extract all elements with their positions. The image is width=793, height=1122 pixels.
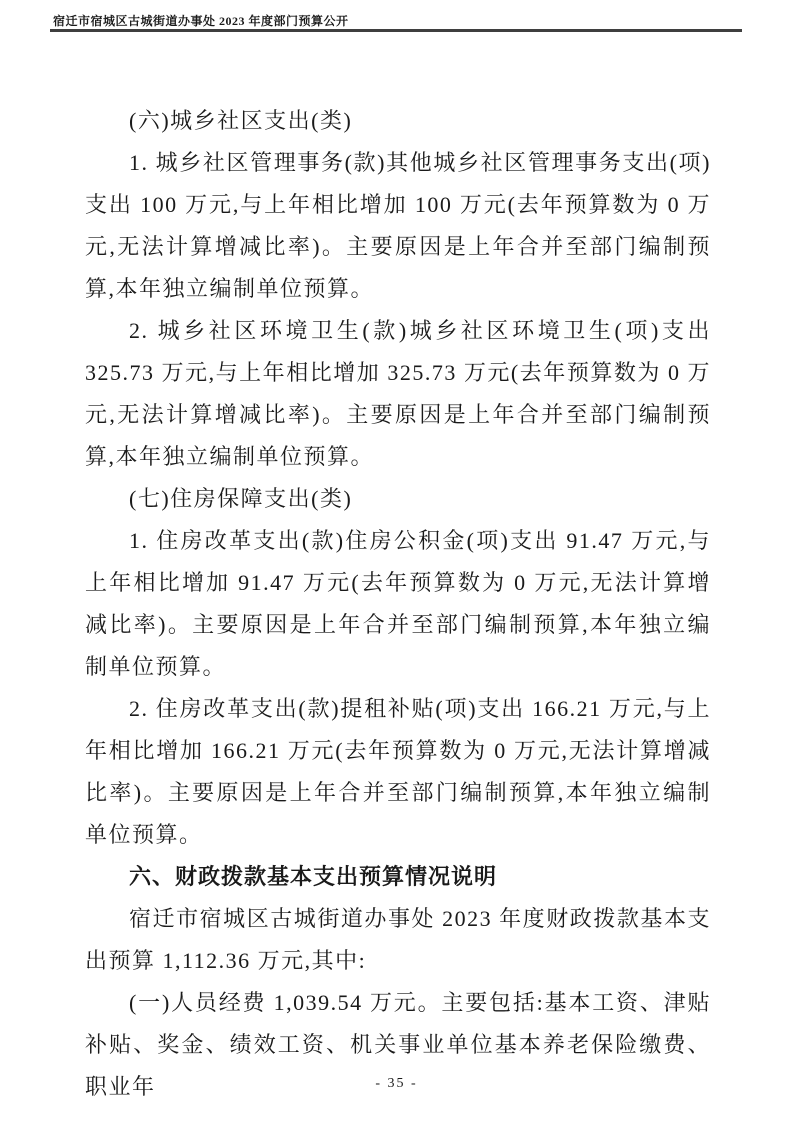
document-body: (六)城乡社区支出(类) 1. 城乡社区管理事务(款)其他城乡社区管理事务支出(… <box>85 100 711 1108</box>
paragraph-urban-community-sanitation: 2. 城乡社区环境卫生(款)城乡社区环境卫生(项)支出 325.73 万元,与上… <box>85 310 711 478</box>
paragraph-section-6-title: (六)城乡社区支出(类) <box>85 100 711 142</box>
paragraph-urban-community-management: 1. 城乡社区管理事务(款)其他城乡社区管理事务支出(项)支出 100 万元,与… <box>85 142 711 310</box>
paragraph-rent-subsidy: 2. 住房改革支出(款)提租补贴(项)支出 166.21 万元,与上年相比增加 … <box>85 688 711 856</box>
page-header-title: 宿迁市宿城区古城街道办事处 2023 年度部门预算公开 <box>53 12 349 29</box>
paragraph-housing-fund: 1. 住房改革支出(款)住房公积金(项)支出 91.47 万元,与上年相比增加 … <box>85 520 711 688</box>
section-heading-basic-expenditure: 六、财政拨款基本支出预算情况说明 <box>85 856 711 898</box>
paragraph-basic-expenditure-total: 宿迁市宿城区古城街道办事处 2023 年度财政拨款基本支出预算 1,112.36… <box>85 898 711 982</box>
paragraph-section-7-title: (七)住房保障支出(类) <box>85 478 711 520</box>
page-number: - 35 - <box>0 1076 793 1092</box>
header-rule-divider <box>50 29 742 32</box>
document-page: 宿迁市宿城区古城街道办事处 2023 年度部门预算公开 (六)城乡社区支出(类)… <box>0 0 793 1122</box>
